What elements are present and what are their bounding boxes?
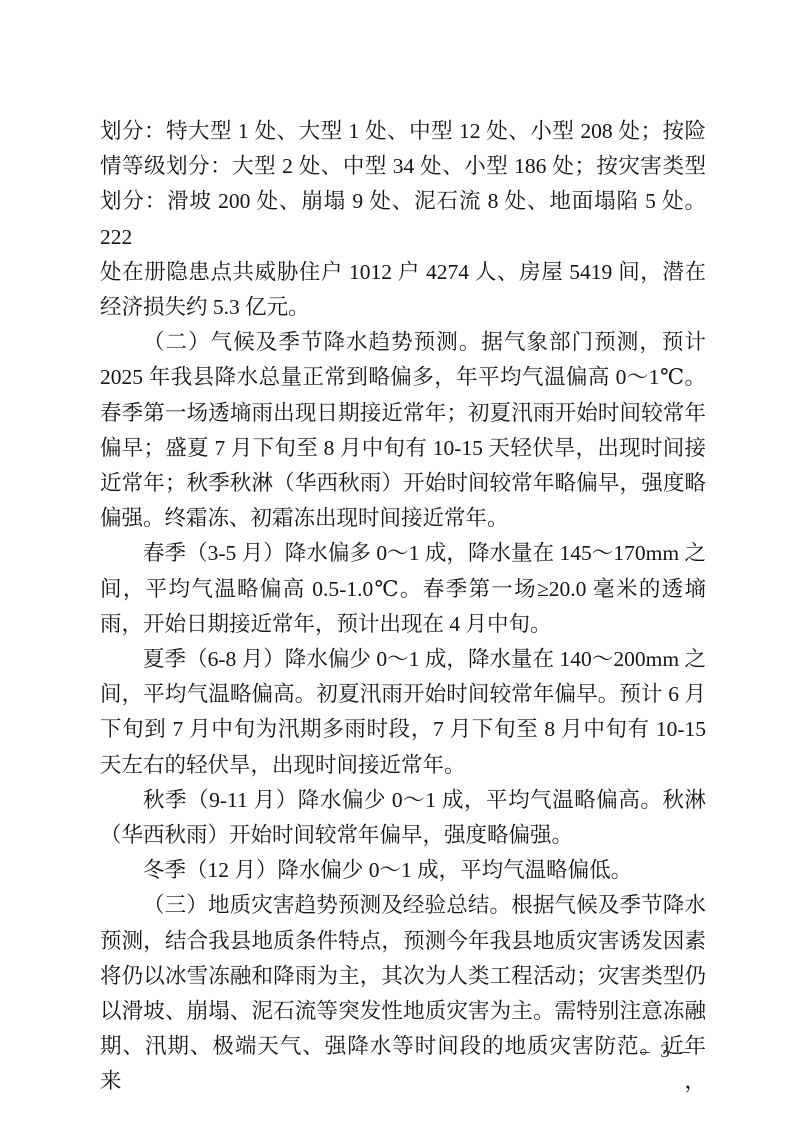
text-line: 经济损失约 5.3 亿元。 xyxy=(100,290,706,325)
text-line: 间，平均气温略偏高 0.5-1.0℃。春季第一场≥20.0 毫米的透墒 xyxy=(100,572,706,607)
document-body: 划分：特大型 1 处、大型 1 处、中型 12 处、小型 208 处；按险 情等… xyxy=(100,114,706,1100)
text-line: 将仍以冰雪冻融和降雨为主，其次为人类工程活动；灾害类型仍 xyxy=(100,959,706,994)
text-line: 偏早；盛夏 7 月下旬至 8 月中旬有 10-15 天轻伏旱，出现时间接 xyxy=(100,431,706,466)
text-line: 预测，结合我县地质条件特点，预测今年我县地质灾害诱发因素 xyxy=(100,924,706,959)
text-line: 划分：特大型 1 处、大型 1 处、中型 12 处、小型 208 处；按险 xyxy=(100,114,706,149)
text-line: 偏强。终霜冻、初霜冻出现时间接近常年。 xyxy=(100,501,706,536)
text-line: 划分：滑坡 200 处、崩塌 9 处、泥石流 8 处、地面塌陷 5 处。222 xyxy=(100,184,706,254)
paragraph-geohazard-trend: （三）地质灾害趋势预测及经验总结。根据气候及季节降水 预测，结合我县地质条件特点… xyxy=(100,888,706,1099)
paragraph-hazard-counts: 划分：特大型 1 处、大型 1 处、中型 12 处、小型 208 处；按险 情等… xyxy=(100,114,706,325)
text-line: 下旬到 7 月中旬为汛期多雨时段，7 月下旬至 8 月中旬有 10-15 xyxy=(100,712,706,747)
paragraph-autumn: 秋季（9-11 月）降水偏少 0～1 成，平均气温略偏高。秋淋 （华西秋雨）开始… xyxy=(100,783,706,853)
document-page: 划分：特大型 1 处、大型 1 处、中型 12 处、小型 208 处；按险 情等… xyxy=(0,0,793,1122)
text-line: （三）地质灾害趋势预测及经验总结。根据气候及季节降水 xyxy=(100,888,706,923)
page-number: – 3 – xyxy=(640,1040,693,1064)
text-line: 春季第一场透墒雨出现日期接近常年；初夏汛雨开始时间较常年 xyxy=(100,396,706,431)
text-line: 秋季（9-11 月）降水偏少 0～1 成，平均气温略偏高。秋淋 xyxy=(100,783,706,818)
text-line: （二）气候及季节降水趋势预测。据气象部门预测，预计 xyxy=(100,325,706,360)
text-line: 雨，开始日期接近常年，预计出现在 4 月中旬。 xyxy=(100,607,706,642)
text-line: 夏季（6-8 月）降水偏少 0～1 成，降水量在 140～200mm 之 xyxy=(100,642,706,677)
text-line: 天左右的轻伏旱，出现时间接近常年。 xyxy=(100,748,706,783)
text-line: 近常年；秋季秋淋（华西秋雨）开始时间较常年略偏早，强度略 xyxy=(100,466,706,501)
text-line: 以滑坡、崩塌、泥石流等突发性地质灾害为主。需特别注意冻融 xyxy=(100,994,706,1029)
text-line: 期、汛期、极端天气、强降水等时间段的地质灾害防范。近年来， xyxy=(100,1029,706,1099)
text-line: 处在册隐患点共威胁住户 1012 户 4274 人、房屋 5419 间，潜在 xyxy=(100,255,706,290)
text-line: 春季（3-5 月）降水偏多 0～1 成，降水量在 145～170mm 之 xyxy=(100,536,706,571)
text-line: （华西秋雨）开始时间较常年偏早，强度略偏强。 xyxy=(100,818,706,853)
text-line: 2025 年我县降水总量正常到略偏多，年平均气温偏高 0～1℃。 xyxy=(100,360,706,395)
paragraph-spring: 春季（3-5 月）降水偏多 0～1 成，降水量在 145～170mm 之 间，平… xyxy=(100,536,706,642)
paragraph-climate-forecast: （二）气候及季节降水趋势预测。据气象部门预测，预计 2025 年我县降水总量正常… xyxy=(100,325,706,536)
text-line: 情等级划分：大型 2 处、中型 34 处、小型 186 处；按灾害类型 xyxy=(100,149,706,184)
text-line: 间，平均气温略偏高。初夏汛雨开始时间较常年偏早。预计 6 月 xyxy=(100,677,706,712)
text-line: 冬季（12 月）降水偏少 0～1 成，平均气温略偏低。 xyxy=(100,853,706,888)
paragraph-winter: 冬季（12 月）降水偏少 0～1 成，平均气温略偏低。 xyxy=(100,853,706,888)
paragraph-summer: 夏季（6-8 月）降水偏少 0～1 成，降水量在 140～200mm 之 间，平… xyxy=(100,642,706,783)
